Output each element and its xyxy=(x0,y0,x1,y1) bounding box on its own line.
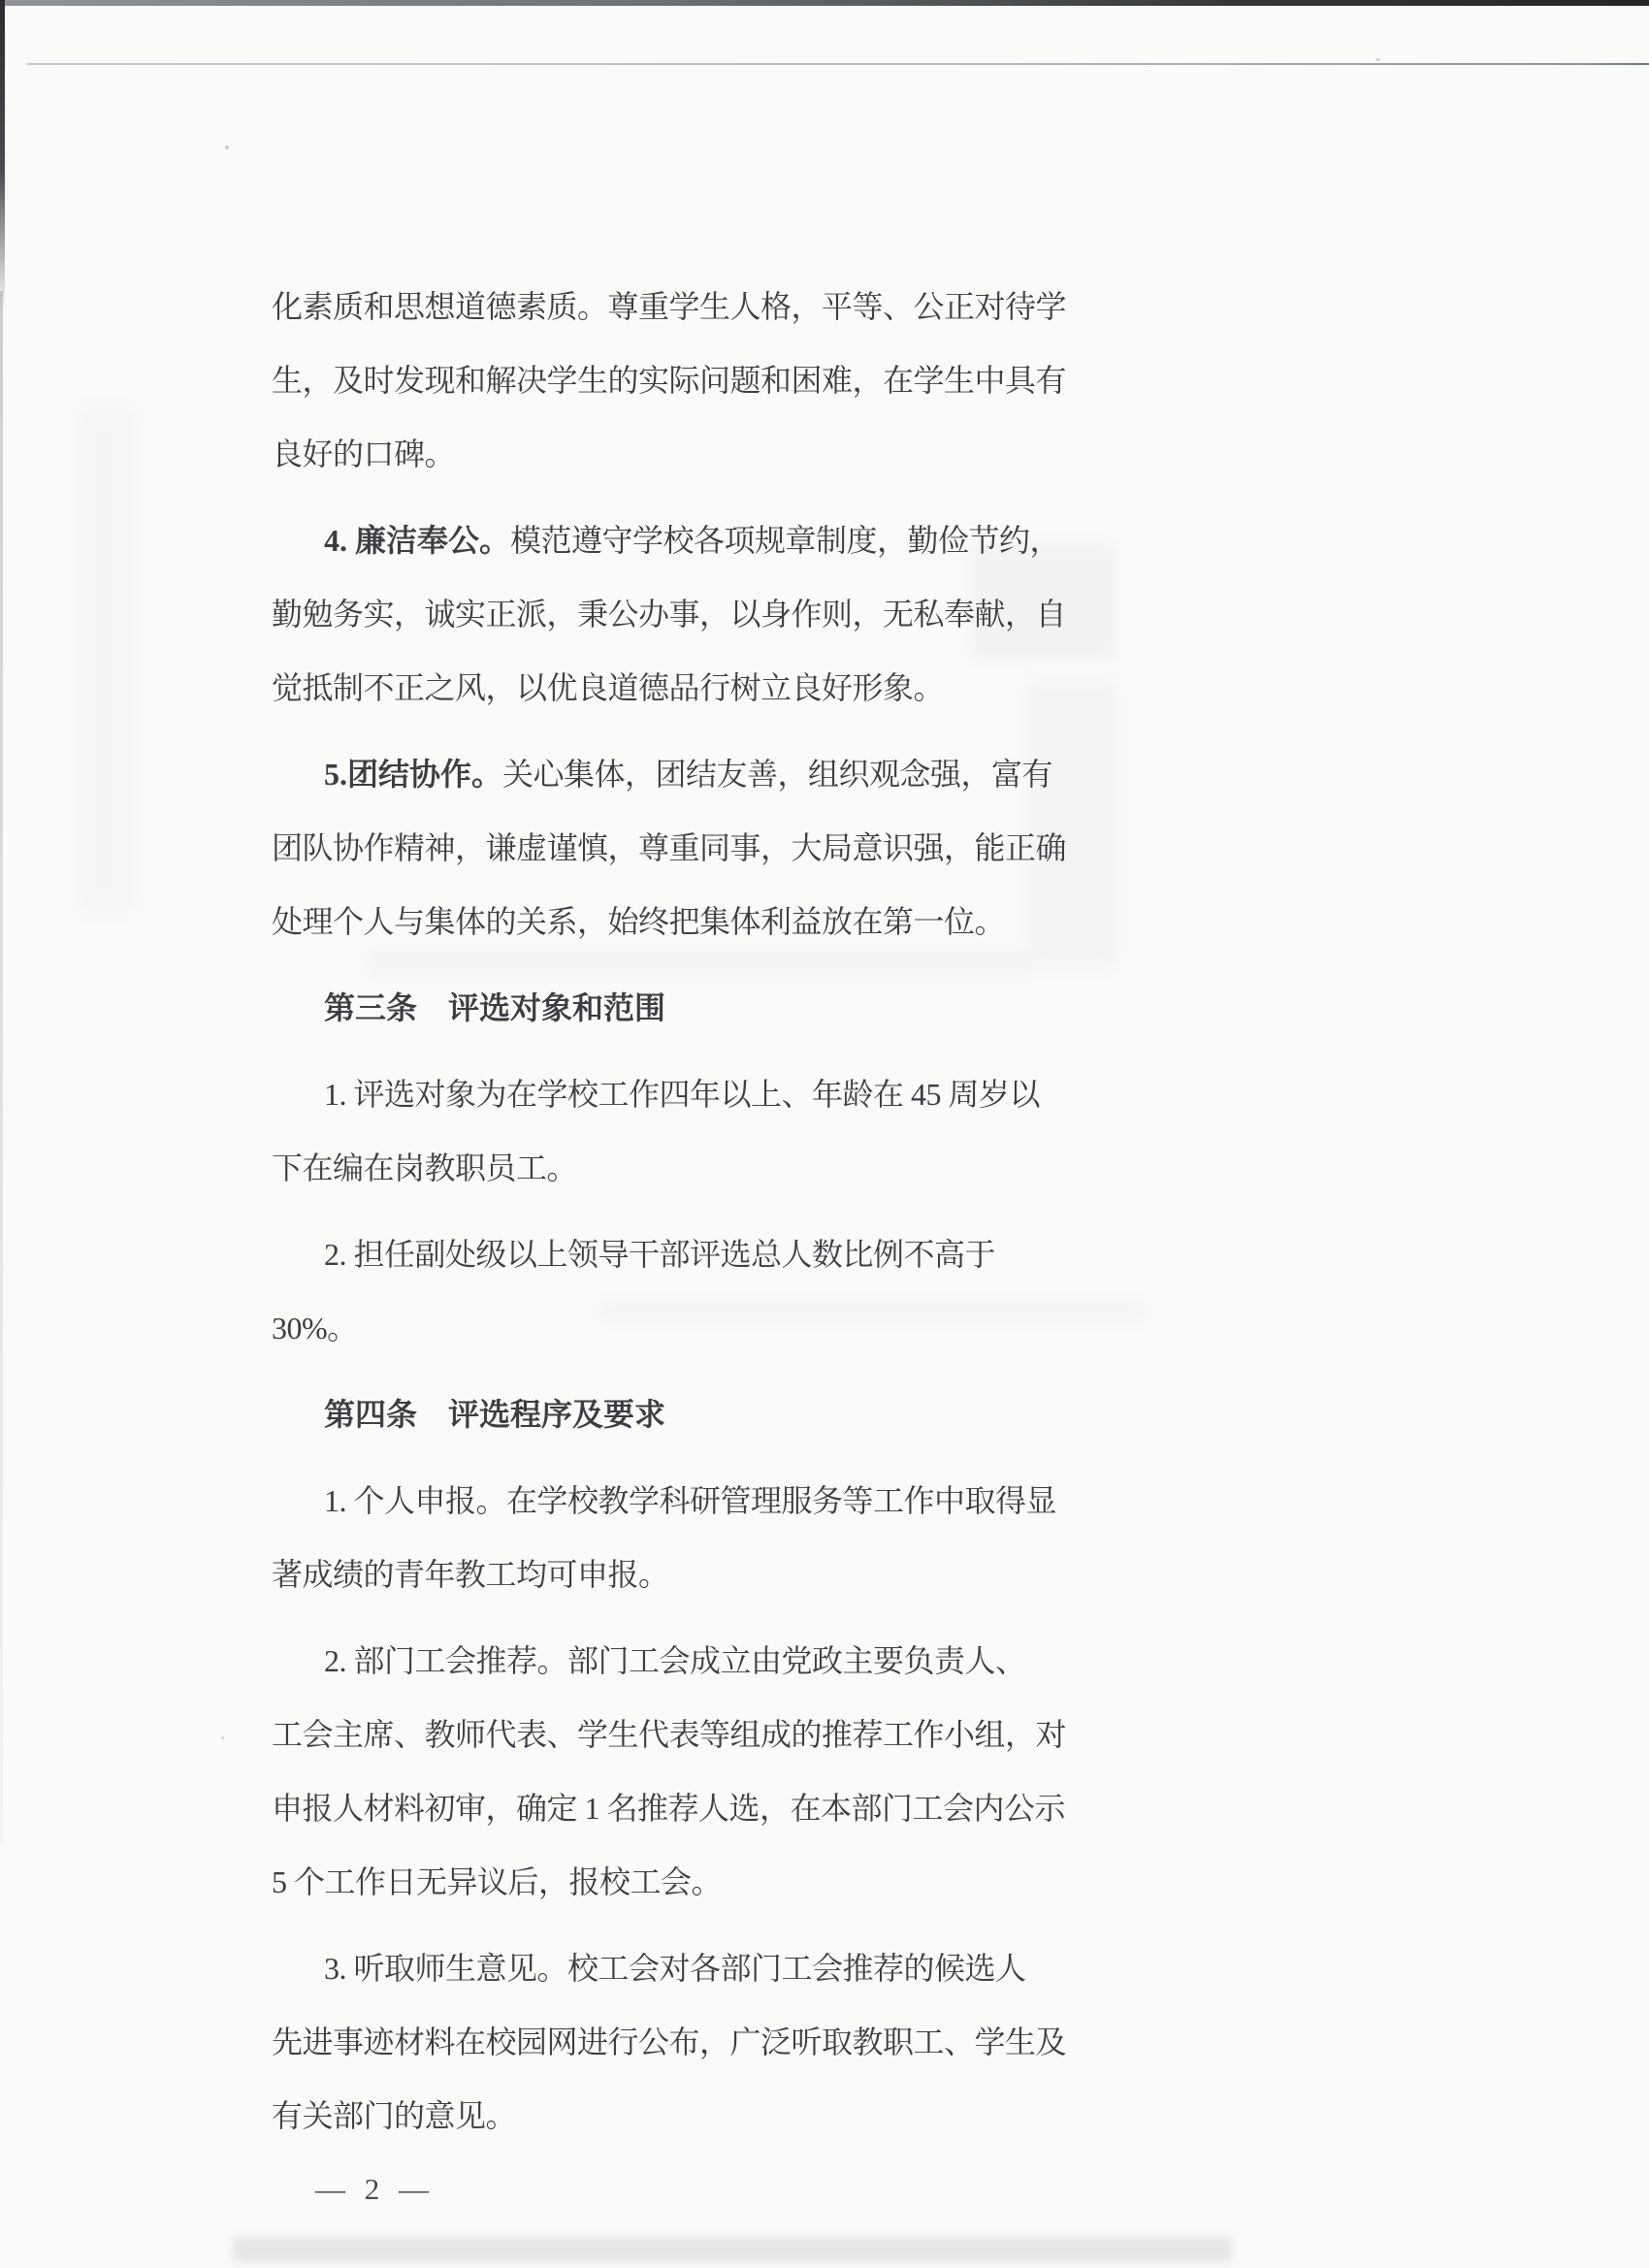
text-line: 有关部门的意见。 xyxy=(272,2079,1086,2153)
scan-edge-top xyxy=(0,0,1649,6)
text-run: 觉抵制不正之风，以优良道德品行树立良好形象。 xyxy=(272,670,944,705)
text-run: 处理个人与集体的关系，始终把集体利益放在第一位。 xyxy=(272,904,1005,939)
header-rule-line xyxy=(27,63,1649,65)
bleedthrough-smudge xyxy=(78,407,136,912)
dust-speck xyxy=(1375,58,1380,61)
text-line: 申报人材料初审，确定 1 名推荐人选，在本部门工会内公示 xyxy=(272,1771,1086,1845)
text-line: 2. 部门工会推荐。部门工会成立由党政主要负责人、 xyxy=(272,1624,1086,1698)
text-line: 3. 听取师生意见。校工会对各部门工会推荐的候选人 xyxy=(272,1931,1086,2005)
text-line: 著成绩的青年教工均可申报。 xyxy=(272,1538,1086,1611)
text-run: 2. 部门工会推荐。部门工会成立由党政主要负责人、 xyxy=(324,1643,1026,1678)
text-line: 2. 担任副处级以上领导干部评选总人数比例不高于 xyxy=(272,1217,1086,1291)
scan-edge-left-faint xyxy=(0,291,3,1843)
text-run: 模范遵守学校各项规章制度，勤俭节约， xyxy=(510,523,1060,558)
text-run: 1. 评选对象为在学校工作四年以上、年龄在 45 周岁以 xyxy=(324,1077,1040,1112)
text-line: 化素质和思想道德素质。尊重学生人格，平等、公正对待学 xyxy=(272,270,1086,343)
text-run: 1. 个人申报。在学校教学科研管理服务等工作中取得显 xyxy=(324,1483,1056,1518)
heading-run: 5.团结协作。 xyxy=(324,757,502,792)
text-line: 1. 评选对象为在学校工作四年以上、年龄在 45 周岁以 xyxy=(272,1057,1086,1131)
page-number: — 2 — xyxy=(315,2165,435,2214)
text-run: 下在编在岗教职员工。 xyxy=(272,1150,577,1185)
text-line: 生，及时发现和解决学生的实际问题和困难，在学生中具有 xyxy=(272,343,1086,417)
text-line: 5.团结协作。关心集体，团结友善，组织观念强，富有 xyxy=(272,737,1086,811)
scanned-page: 化素质和思想道德素质。尊重学生人格，平等、公正对待学生，及时发现和解决学生的实际… xyxy=(0,0,1649,2268)
text-line: 30%。 xyxy=(272,1291,1086,1365)
heading-run: 第四条 评选程序及要求 xyxy=(324,1397,665,1432)
text-line: 良好的口碑。 xyxy=(272,417,1086,491)
text-line: 4. 廉洁奉公。模范遵守学校各项规章制度，勤俭节约， xyxy=(272,503,1086,577)
text-run: 工会主席、教师代表、学生代表等组成的推荐工作小组，对 xyxy=(272,1717,1066,1752)
text-line: 第三条 评选对象和范围 xyxy=(272,971,1086,1045)
text-run: 先进事迹材料在校园网进行公布，广泛听取教职工、学生及 xyxy=(272,2025,1066,2059)
text-line: 5 个工作日无异议后，报校工会。 xyxy=(272,1845,1086,1919)
text-run: 团队协作精神，谦虚谨慎，尊重同事，大局意识强，能正确 xyxy=(272,830,1066,865)
text-run: 化素质和思想道德素质。尊重学生人格，平等、公正对待学 xyxy=(272,289,1066,324)
text-line: 处理个人与集体的关系，始终把集体利益放在第一位。 xyxy=(272,885,1086,958)
text-run: 有关部门的意见。 xyxy=(272,2098,516,2133)
text-line: 觉抵制不正之风，以优良道德品行树立良好形象。 xyxy=(272,651,1086,725)
text-line: 工会主席、教师代表、学生代表等组成的推荐工作小组，对 xyxy=(272,1698,1086,1771)
text-run: 生，及时发现和解决学生的实际问题和困难，在学生中具有 xyxy=(272,363,1066,398)
scan-edge-left xyxy=(0,0,5,310)
text-run: 30%。 xyxy=(272,1311,358,1345)
text-line: 第四条 评选程序及要求 xyxy=(272,1377,1086,1451)
document-body: 化素质和思想道德素质。尊重学生人格，平等、公正对待学生，及时发现和解决学生的实际… xyxy=(272,270,1086,2153)
text-line: 先进事迹材料在校园网进行公布，广泛听取教职工、学生及 xyxy=(272,2005,1086,2079)
text-line: 1. 个人申报。在学校教学科研管理服务等工作中取得显 xyxy=(272,1464,1086,1538)
text-run: 3. 听取师生意见。校工会对各部门工会推荐的候选人 xyxy=(324,1951,1026,1986)
text-line: 勤勉务实，诚实正派，秉公办事，以身作则，无私奉献，自 xyxy=(272,577,1086,651)
text-line: 团队协作精神，谦虚谨慎，尊重同事，大局意识强，能正确 xyxy=(272,811,1086,885)
text-run: 2. 担任副处级以上领导干部评选总人数比例不高于 xyxy=(324,1237,995,1272)
text-run: 5 个工作日无异议后，报校工会。 xyxy=(272,1864,722,1899)
dust-speck xyxy=(221,1736,224,1739)
heading-run: 4. 廉洁奉公。 xyxy=(324,523,510,558)
text-run: 关心集体，团结友善，组织观念强，富有 xyxy=(502,757,1052,792)
text-run: 勤勉务实，诚实正派，秉公办事，以身作则，无私奉献，自 xyxy=(272,597,1066,632)
heading-run: 第三条 评选对象和范围 xyxy=(324,990,665,1025)
dust-speck xyxy=(225,146,229,149)
text-run: 良好的口碑。 xyxy=(272,437,455,471)
text-run: 著成绩的青年教工均可申报。 xyxy=(272,1557,669,1592)
text-run: 申报人材料初审，确定 1 名推荐人选，在本部门工会内公示 xyxy=(272,1791,1065,1826)
text-line: 下在编在岗教职员工。 xyxy=(272,1131,1086,1205)
bleedthrough-smudge xyxy=(233,2237,1232,2262)
